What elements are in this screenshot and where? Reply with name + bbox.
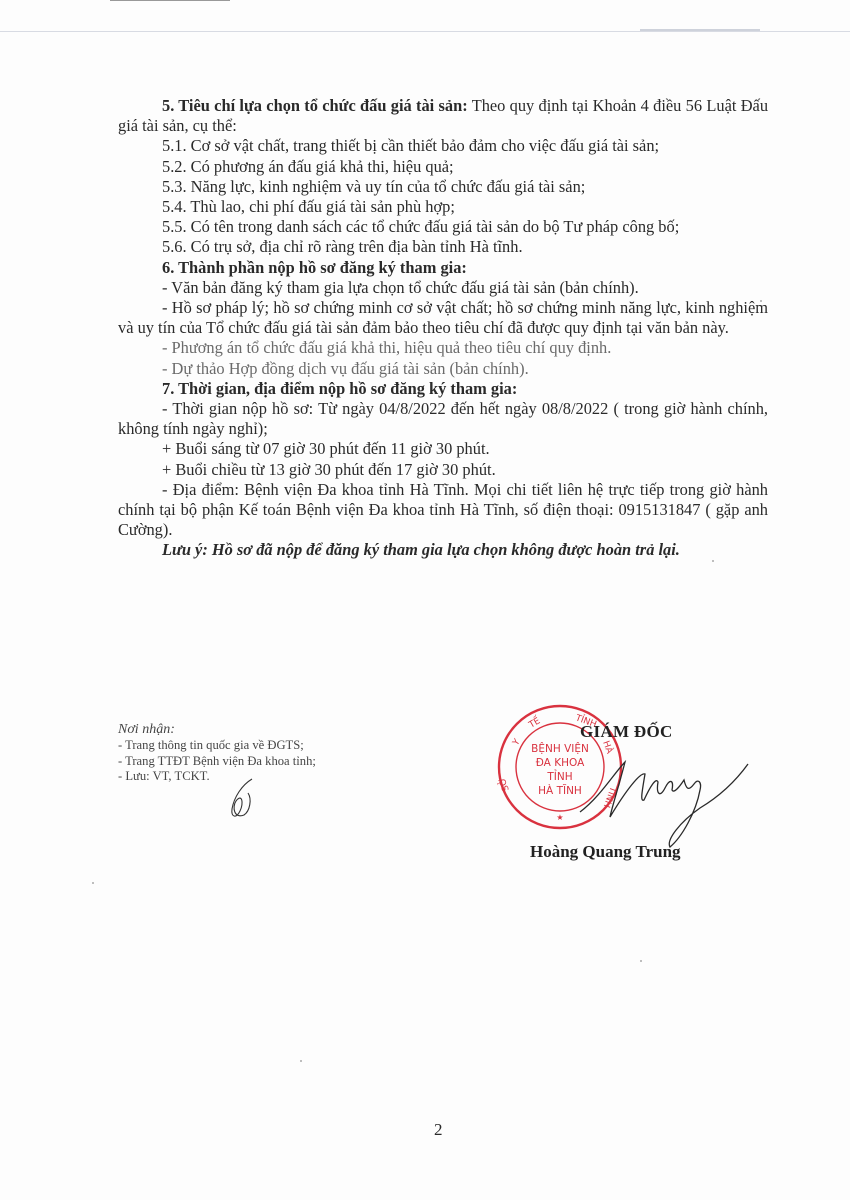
page-number: 2 <box>434 1120 443 1140</box>
criteria-item: 5.3. Năng lực, kinh nghiệm và uy tín của… <box>118 177 768 197</box>
recipients-title: Nơi nhận: <box>118 722 316 738</box>
submission-item: - Thời gian nộp hồ sơ: Từ ngày 04/8/2022… <box>118 399 768 439</box>
document-body: 5. Tiêu chí lựa chọn tổ chức đấu giá tài… <box>118 96 768 561</box>
dossier-item: - Văn bản đăng ký tham gia lựa chọn tổ c… <box>118 278 768 298</box>
criteria-item: 5.2. Có phương án đấu giá khả thi, hiệu … <box>118 157 768 177</box>
submission-item: + Buổi chiều từ 13 giờ 30 phút đến 17 gi… <box>118 460 768 480</box>
scan-speck <box>640 960 642 962</box>
scan-speck <box>760 300 762 302</box>
criteria-item: 5.5. Có tên trong danh sách các tổ chức … <box>118 217 768 237</box>
handwritten-signature-icon <box>570 742 750 852</box>
criteria-item: 5.4. Thù lao, chi phí đấu giá tài sản ph… <box>118 197 768 217</box>
scan-speck <box>712 560 714 562</box>
header-divider-shadow <box>640 29 760 31</box>
recipient-item: - Lưu: VT, TCKT. <box>118 769 316 785</box>
signatory-title: GIÁM ĐỐC <box>580 722 673 742</box>
signatory-name: Hoàng Quang Trung <box>530 842 681 862</box>
recipients-block: Nơi nhận: - Trang thông tin quốc gia về … <box>118 722 316 785</box>
initials-mark-icon <box>222 775 262 823</box>
note: Lưu ý: Hồ sơ đã nộp để đăng ký tham gia … <box>118 540 768 560</box>
criteria-item: 5.1. Cơ sở vật chất, trang thiết bị cần … <box>118 136 768 156</box>
section-5-intro: 5. Tiêu chí lựa chọn tổ chức đấu giá tài… <box>118 96 768 136</box>
submission-item: + Buổi sáng từ 07 giờ 30 phút đến 11 giờ… <box>118 439 768 459</box>
dossier-item: - Dự thảo Hợp đồng dịch vụ đấu giá tài s… <box>118 359 768 379</box>
criteria-item: 5.6. Có trụ sở, địa chỉ rõ ràng trên địa… <box>118 237 768 257</box>
section-7-heading: 7. Thời gian, địa điểm nộp hồ sơ đăng ký… <box>118 379 768 399</box>
svg-text:★: ★ <box>556 813 563 822</box>
svg-text:TỈNH: TỈNH <box>546 769 572 783</box>
recipient-item: - Trang TTĐT Bệnh viện Đa khoa tỉnh; <box>118 754 316 770</box>
section-6-heading: 6. Thành phần nộp hồ sơ đăng ký tham gia… <box>118 258 768 278</box>
submission-item: - Địa điểm: Bệnh viện Đa khoa tỉnh Hà Tĩ… <box>118 480 768 541</box>
scan-speck <box>300 1060 302 1062</box>
section-5-heading: 5. Tiêu chí lựa chọn tổ chức đấu giá tài… <box>162 96 468 115</box>
scan-edge-mark <box>110 0 230 1</box>
header-divider <box>0 31 850 32</box>
scan-speck <box>92 882 94 884</box>
dossier-item: - Phương án tổ chức đấu giá khả thi, hiệ… <box>118 338 768 358</box>
svg-text:SỞ: SỞ <box>496 776 512 793</box>
recipient-item: - Trang thông tin quốc gia về ĐGTS; <box>118 738 316 754</box>
dossier-item: - Hồ sơ pháp lý; hồ sơ chứng minh cơ sở … <box>118 298 768 338</box>
